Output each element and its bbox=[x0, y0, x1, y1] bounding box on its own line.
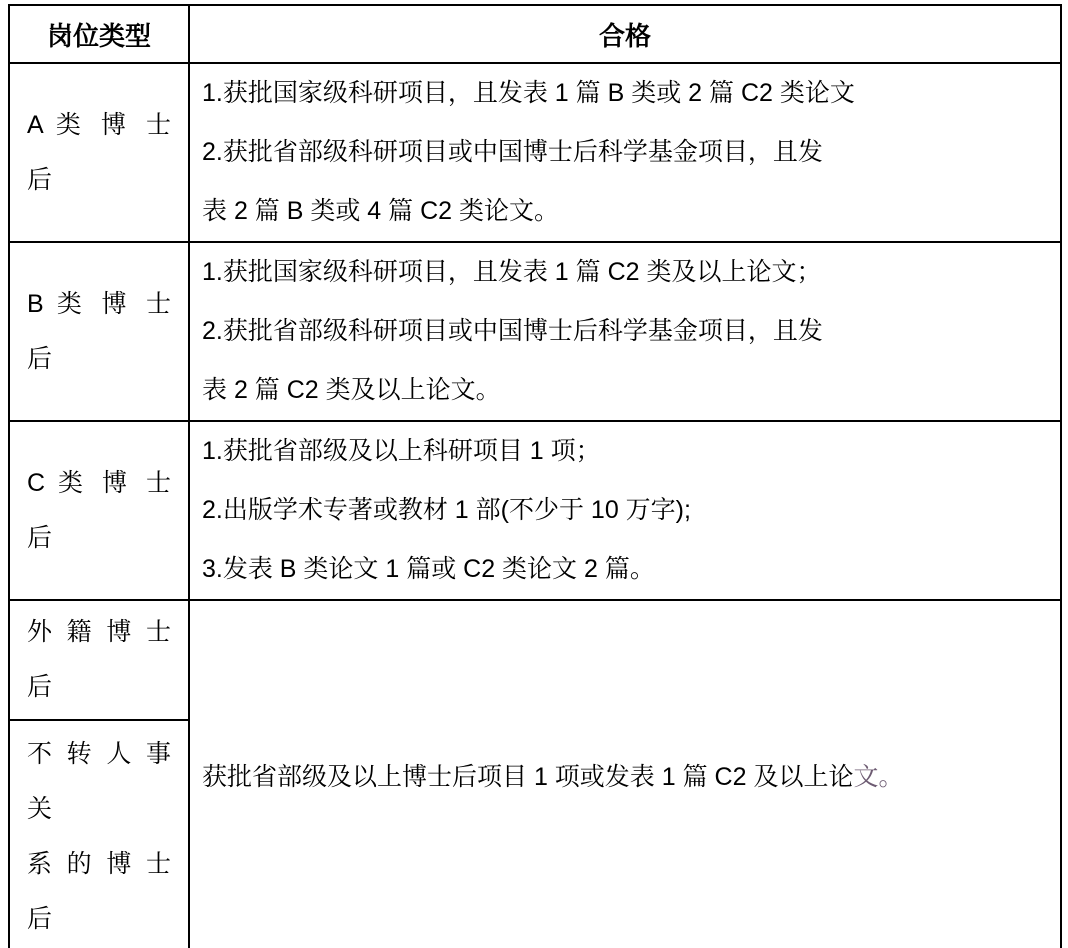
type-line: 后 bbox=[27, 660, 171, 715]
type-line: 关 bbox=[27, 782, 171, 837]
header-qualified: 合格 bbox=[189, 5, 1061, 63]
cell-criteria-b-postdoc: 1.获批国家级科研项目，且发表 1 篇 C2 类及以上论文； 2.获批省部级科研… bbox=[189, 242, 1061, 421]
document-page: 岗位类型 合格 A 类 博 士 后 1.获批国家级科研项目，且发表 1 篇 B … bbox=[0, 0, 1068, 948]
criteria-line: 2.获批省部级科研项目或中国博士后科学基金项目，且发 bbox=[202, 123, 1052, 182]
header-position-type: 岗位类型 bbox=[9, 5, 189, 63]
criteria-line: 1.获批国家级科研项目，且发表 1 篇 B 类或 2 篇 C2 类论文 bbox=[202, 64, 1052, 123]
cell-type-b-postdoc: B 类 博 士 后 bbox=[9, 242, 189, 421]
type-line: 不 转 人 事 bbox=[27, 727, 171, 782]
criteria-line: 2.获批省部级科研项目或中国博士后科学基金项目，且发 bbox=[202, 302, 1052, 361]
cell-type-c-postdoc: C 类 博 士 后 bbox=[9, 421, 189, 600]
merged-criteria-text: 获批省部级及以上博士后项目 1 项或发表 1 篇 C2 及以上论 bbox=[202, 763, 853, 791]
criteria-line: 2.出版学术专著或教材 1 部(不少于 10 万字); bbox=[202, 481, 1052, 540]
type-line: A 类 博 士 bbox=[27, 98, 171, 153]
cell-criteria-a-postdoc: 1.获批国家级科研项目，且发表 1 篇 B 类或 2 篇 C2 类论文 2.获批… bbox=[189, 63, 1061, 242]
type-line: 后 bbox=[27, 892, 171, 947]
criteria-line: 表 2 篇 C2 类及以上论文。 bbox=[202, 361, 1052, 420]
cell-type-no-transfer-postdoc: 不 转 人 事 关 系 的 博 士 后 bbox=[9, 720, 189, 948]
postdoc-qualification-table: 岗位类型 合格 A 类 博 士 后 1.获批国家级科研项目，且发表 1 篇 B … bbox=[8, 4, 1062, 948]
criteria-line: 表 2 篇 B 类或 4 篇 C2 类论文。 bbox=[202, 182, 1052, 241]
criteria-line: 3.发表 B 类论文 1 篇或 C2 类论文 2 篇。 bbox=[202, 540, 1052, 599]
merged-criteria-text-colored: 文。 bbox=[853, 763, 903, 791]
merged-criteria-line: 获批省部级及以上博士后项目 1 项或发表 1 篇 C2 及以上论文。 bbox=[202, 759, 1052, 795]
type-line: B 类 博 士 bbox=[27, 277, 171, 332]
type-line: 外 籍 博 士 bbox=[27, 605, 171, 660]
criteria-line: 1.获批国家级科研项目，且发表 1 篇 C2 类及以上论文； bbox=[202, 243, 1052, 302]
table-row-b-postdoc: B 类 博 士 后 1.获批国家级科研项目，且发表 1 篇 C2 类及以上论文；… bbox=[9, 242, 1061, 421]
cell-type-a-postdoc: A 类 博 士 后 bbox=[9, 63, 189, 242]
table-row-foreign-postdoc: 外 籍 博 士 后 获批省部级及以上博士后项目 1 项或发表 1 篇 C2 及以… bbox=[9, 600, 1061, 720]
type-line: C 类 博 士 bbox=[27, 456, 171, 511]
criteria-line: 1.获批省部级及以上科研项目 1 项； bbox=[202, 422, 1052, 481]
header-row: 岗位类型 合格 bbox=[9, 5, 1061, 63]
cell-criteria-merged: 获批省部级及以上博士后项目 1 项或发表 1 篇 C2 及以上论文。 bbox=[189, 600, 1061, 948]
type-line: 后 bbox=[27, 332, 171, 387]
type-line: 后 bbox=[27, 511, 171, 566]
cell-type-foreign-postdoc: 外 籍 博 士 后 bbox=[9, 600, 189, 720]
type-line: 系 的 博 士 bbox=[27, 837, 171, 892]
table-row-a-postdoc: A 类 博 士 后 1.获批国家级科研项目，且发表 1 篇 B 类或 2 篇 C… bbox=[9, 63, 1061, 242]
type-line: 后 bbox=[27, 153, 171, 208]
table-row-c-postdoc: C 类 博 士 后 1.获批省部级及以上科研项目 1 项； 2.出版学术专著或教… bbox=[9, 421, 1061, 600]
cell-criteria-c-postdoc: 1.获批省部级及以上科研项目 1 项； 2.出版学术专著或教材 1 部(不少于 … bbox=[189, 421, 1061, 600]
